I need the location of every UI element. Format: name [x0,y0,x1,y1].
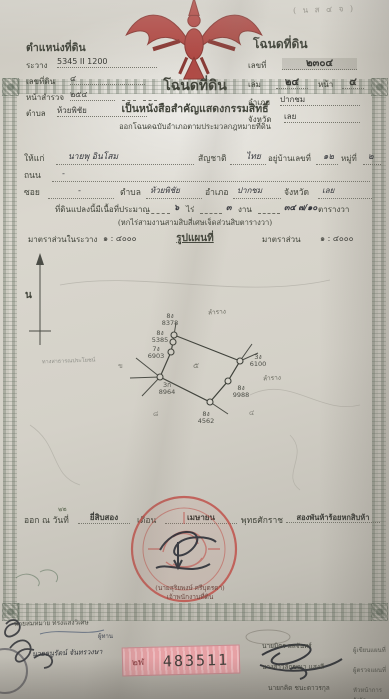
marker-number: 9988 [221,392,261,399]
form-code: ( น ส ๔ จ ) [293,5,355,16]
map-title: รูปแผนที่ [163,233,227,244]
main-subtitle: เป็นหนังสือสำคัญแสดงกรรมสิทธิ์ [100,104,290,116]
marker-number: 8378 [150,320,190,327]
deed-province-value: เลย [284,113,360,123]
marker-number: 5385 [140,337,180,344]
deed-volume-value: ๒๔ [276,77,308,89]
leader-line [48,198,114,199]
survey-marker-label: 8ง 4562 [186,411,226,426]
main-note: ออกโฉนดฉบับอำเภอตามประมวลกฎหมายที่ดิน [105,123,285,131]
footer-right-name-3: นายกคิด ชนะดาวรกุล [268,683,330,693]
deed-amphoe-value: ปากชม [280,96,360,106]
leader-line [52,181,370,182]
parcel-number-label: เลขที่ดิน [26,78,55,87]
scale-label: มาตราส่วน [262,236,301,245]
survey-marker-label: 8ง 8378 [150,313,190,328]
bottom-left-parcel-letter: ๘ [153,409,158,420]
survey-dash2 [143,100,157,101]
position-tambon-label: ตำบล [26,110,46,119]
survey-page-value: ๒๕๔ [70,91,115,101]
footer-right-name-1: นายมิตร ผลจันทร์ [262,641,312,651]
leader-dash [200,213,222,214]
rawang-value: 5345 II 1200 [57,58,157,68]
road-label: ถนน [24,172,41,181]
footer-right-role-3: หัวหน้าการรังวัด [353,685,389,699]
moo-value: ๒ [368,153,374,162]
area-in-words: (หกไร่สามงานสามสิบสี่เศษเจ็ดส่วนสิบตาราง… [85,219,305,227]
border-rosette-top-right [371,78,388,96]
margin-scribble [10,560,70,590]
leader-line [233,198,281,199]
area-wa-value: ๓๔ ๗/๑๐ [284,204,317,213]
leader-line [363,164,381,165]
marker-number: 6903 [136,353,176,360]
issue-year-value: สองพันห้าร้อยหกสิบห้า [286,514,380,523]
seal-signer-title: เจ้าพนักงานที่ดิน [138,592,242,602]
inner-parcel-letter: ๕ [193,359,199,372]
owner-amphoe-value: ปากชม [237,187,262,196]
issue-prefix: ออก ณ วันที่ [24,517,69,526]
right-signature-scribble [240,625,360,685]
marker-number: 4562 [186,418,226,425]
border-rosette-bottom-right [371,603,388,621]
area-wa-label: ตารางวา [318,206,349,215]
leader-line [318,198,372,199]
serial-prefix: ๒ฬ [123,654,153,669]
soi-label: ซอย [24,189,40,198]
border-rosette-top-left [2,78,19,96]
survey-dash [122,100,136,101]
leader-line [56,164,194,165]
scale-in-sheet-value: ๑ : ๔๐๐๐ [103,235,137,244]
area-ngan-label: งาน [238,206,252,215]
plot-map [0,245,389,505]
leader-line [316,164,338,165]
area-rai-label: ไร่ [186,206,194,215]
canal-annotation-right: ลำราง [263,373,281,384]
deed-document-photo: ( น ส ๔ จ ) ตำแหน่งที่ดิน ระวาง 5345 II … [0,0,389,699]
survey-marker-label: 8ง 9988 [221,385,261,400]
footer-right-role-2: ผู้ตรวจแผนที่ [353,665,389,675]
deed-page-value: ๔ [342,77,364,89]
bottom-right-parcel-letter: ๔ [249,408,254,419]
leader-dash [258,213,280,214]
issue-day-numeral: ๒๒ [58,504,68,515]
house-label: อยู่บ้านเลขที่ [268,155,311,164]
road-value: - [62,170,65,179]
scale-in-sheet-label: มาตราส่วนในระวาง [28,236,97,245]
north-label: น [25,290,32,301]
nationality-value: ไทย [246,153,261,162]
survey-marker-label: 3ก 8964 [147,382,187,397]
serial-number-box: ๒ฬ 483511 [122,644,241,676]
moo-label: หมู่ที่ [341,155,357,164]
soi-value: - [78,187,81,196]
survey-marker-label: 7ง 6903 [136,346,176,361]
survey-marker-label: 8ง 5385 [140,330,180,345]
canal-annotation-top: ลำราง [208,306,227,317]
grant-label: ให้แก่ [24,155,44,164]
owner-tambon-value: ห้วยพิชัย [150,187,180,196]
serial-number: 483511 [153,650,239,670]
leader-dash [146,213,170,214]
marker-number: 6100 [238,361,278,368]
footer-left-name-1: นายสมหมาย ทรงแสงวิเศษ [14,617,89,628]
house-number-value: ๑๒ [323,153,334,162]
footer-left-role: ผู้ทาน [98,631,113,641]
deed-number-label: เลขที่ [248,62,266,71]
owner-province-value: เลย [322,187,334,196]
survey-marker-label: 3ง 6100 [238,354,278,369]
owner-amphoe-label: อำเภอ [205,189,229,198]
marker-number: 8964 [147,389,187,396]
position-block-title: ตำแหน่งที่ดิน [26,43,86,55]
deed-page-label: หน้า [318,81,333,90]
area-prefix: ที่ดินแปลงนี้มีเนื้อที่ประมาณ [55,206,150,215]
owner-tambon-label: ตำบล [120,189,141,198]
deed-number-value: ๒๓๐๔ [282,58,357,70]
survey-page-label: หน้าสำรวจ [26,94,64,103]
deed-block-title: โฉนดที่ดิน [253,38,308,51]
footer-right-role-1: ผู้เขียนแผนที่ [353,645,389,655]
owner-name: นายพุ อินโสม [68,153,118,162]
nationality-label: สัญชาติ [198,155,227,164]
leader-line [230,164,266,165]
area-rai-value: ๖ [174,204,179,213]
owner-province-label: จังหวัด [284,189,309,198]
leader-line [146,198,202,199]
footer-right-name-2: นางสาวลักขณา แสงสี [262,662,324,672]
rawang-label: ระวาง [26,62,47,71]
area-ngan-value: ๓ [226,204,231,213]
scale-value: ๑ : ๔๐๐๐ [320,235,354,244]
main-title: โฉนดที่ดิน [130,79,260,94]
